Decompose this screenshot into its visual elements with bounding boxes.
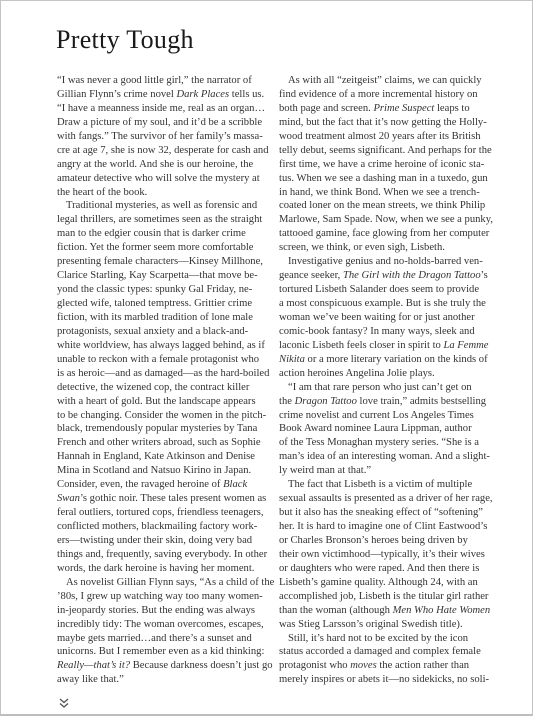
text-line: or Charles Bronson’s heroes being driven… <box>279 534 485 548</box>
body-text: man to the edgier cousin that is darker … <box>57 228 246 239</box>
text-line: away like that.” <box>57 673 262 687</box>
body-text: of the Tess Monaghan mystery series. “Sh… <box>279 437 479 448</box>
body-text: with fangs.” The survivor of her family’… <box>57 131 263 142</box>
text-line: status accorded a damaged and complex fe… <box>279 645 485 659</box>
body-text: As with all “zeitgeist” claims, we can q… <box>288 75 482 86</box>
text-line: “I have a meanness inside me, real as an… <box>57 102 262 116</box>
body-text: was Stieg Larsson’s original Swedish tit… <box>279 619 463 630</box>
body-text: ly weird man at that.” <box>279 465 371 476</box>
body-text: to be changing. Consider the women in th… <box>57 410 266 421</box>
text-line: glected wife, taloned temptress. Grittie… <box>57 297 262 311</box>
body-text: Marlowe, Sam Spade. Now, when we see a p… <box>279 214 493 225</box>
body-text: black, tremendously popular mysteries by… <box>57 423 257 434</box>
body-text: Still, it’s hard not to be excited by th… <box>288 633 468 644</box>
body-text: man’s idea of an interesting woman. And … <box>279 451 490 462</box>
text-line: telly debut, seems significant. And perh… <box>279 144 485 158</box>
text-line: tus. When we see a dashing man in a tuxe… <box>279 172 485 186</box>
body-text: unicorns. But I remember even as a kid t… <box>57 646 264 657</box>
italic-title-text: moves <box>350 660 376 671</box>
text-line: white worldview, has always lagged behin… <box>57 339 262 353</box>
body-text: the action rather than <box>377 660 469 671</box>
body-text: ’80s, I grew up watching way too many wo… <box>57 591 263 602</box>
text-line: Mina in Scotland and Natsuo Kirino in Ja… <box>57 464 262 478</box>
text-line: detective, the wizened cop, the contract… <box>57 381 262 395</box>
body-text: find evidence of a more incremental hist… <box>279 89 478 100</box>
text-line: Nikita or a more literary variation on t… <box>279 353 485 367</box>
body-text: Lisbeth’s gamine quality. Although 24, w… <box>279 577 478 588</box>
body-text: yond the classic types: spunky Gal Frida… <box>57 284 252 295</box>
text-line: legal thrillers, are sometimes seen as t… <box>57 213 262 227</box>
text-line: geance seeker, The Girl with the Dragon … <box>279 269 485 283</box>
body-text: “I was never a good little girl,” the na… <box>57 75 252 86</box>
text-line: find evidence of a more incremental hist… <box>279 88 485 102</box>
text-line: the heart of the book. <box>57 186 262 200</box>
body-text: Mina in Scotland and Natsuo Kirino in Ja… <box>57 465 251 476</box>
italic-title-text: Dragon Tattoo <box>295 396 357 407</box>
body-text: legal thrillers, are sometimes seen as t… <box>57 214 262 225</box>
body-text: both page and screen. <box>279 103 373 114</box>
text-line: Still, it’s hard not to be excited by th… <box>279 632 485 646</box>
text-line: presenting female characters—Kinsey Mill… <box>57 255 262 269</box>
italic-title-text: Prime Suspect <box>373 103 434 114</box>
text-line: their own victimhood—typically, it’s the… <box>279 548 485 562</box>
text-line: accomplished job, Lisbeth is the titular… <box>279 590 485 604</box>
text-line: “I was never a good little girl,” the na… <box>57 74 262 88</box>
body-text: than the woman (although <box>279 605 393 616</box>
text-line: woman we’ve been waiting for or just ano… <box>279 311 485 325</box>
text-line: Consider, even, the ravaged heroine of B… <box>57 478 262 492</box>
text-line: man to the edgier cousin that is darker … <box>57 227 262 241</box>
body-text: coated loner on the mean streets, we thi… <box>279 200 485 211</box>
italic-title-text: Swan <box>57 493 80 504</box>
text-line: amateur detective who will solve the mys… <box>57 172 262 186</box>
body-text: “I have a meanness inside me, real as an… <box>57 103 265 114</box>
text-line: As with all “zeitgeist” claims, we can q… <box>279 74 485 88</box>
body-text: but it also has the sneaking effect of “… <box>279 507 483 518</box>
body-text: love train,” admits bestselling <box>357 396 486 407</box>
body-text: tells us. <box>229 89 264 100</box>
article-column-left: “I was never a good little girl,” the na… <box>57 74 262 687</box>
text-line: Book Award nominee Laura Lippman, author <box>279 422 485 436</box>
text-line: crime novelist and current Los Angeles T… <box>279 409 485 423</box>
text-line: fiction. Yet the former seem more comfor… <box>57 241 262 255</box>
text-line: cre at age 7, she is now 32, desperate f… <box>57 144 262 158</box>
text-line: French and other writers abroad, such as… <box>57 436 262 450</box>
italic-title-text: Men Who Hate Women <box>393 605 491 616</box>
body-text: ers—twisting under their skin, doing ver… <box>57 535 252 546</box>
italic-title-text: Really—that’s it? <box>57 660 130 671</box>
text-line: laconic Lisbeth feels closer in spirit t… <box>279 339 485 353</box>
body-text: Traditional mysteries, as well as forens… <box>66 200 257 211</box>
body-text: fiction. Yet the former seem more comfor… <box>57 242 254 253</box>
body-text: Gillian Flynn’s crime novel <box>57 89 176 100</box>
text-line: words, the dark heroine is having her mo… <box>57 562 262 576</box>
text-line: yond the classic types: spunky Gal Frida… <box>57 283 262 297</box>
body-text: Book Award nominee Laura Lippman, author <box>279 423 472 434</box>
text-line: the Dragon Tattoo love train,” admits be… <box>279 395 485 409</box>
text-line: The fact that Lisbeth is a victim of mul… <box>279 478 485 492</box>
body-text: a most conspicuous example. But is she t… <box>279 298 486 309</box>
body-text: “I am that rare person who just can’t ge… <box>288 382 472 393</box>
text-line: Draw a picture of my soul, and it’d be a… <box>57 116 262 130</box>
text-line: fiction, with its marbled tradition of l… <box>57 311 262 325</box>
body-text: or Charles Bronson’s heroes being driven… <box>279 535 468 546</box>
italic-title-text: Black <box>223 479 247 490</box>
text-line: both page and screen. Prime Suspect leap… <box>279 102 485 116</box>
text-line: coated loner on the mean streets, we thi… <box>279 199 485 213</box>
body-text: cre at age 7, she is now 32, desperate f… <box>57 145 269 156</box>
body-text: tattooed gamine, face glowing from her c… <box>279 228 489 239</box>
text-line: her. It is hard to imagine one of Clint … <box>279 520 485 534</box>
italic-title-text: The Girl with the Dragon Tattoo <box>343 270 481 281</box>
text-line: sexual assaults is presented as a driver… <box>279 492 485 506</box>
text-line: Swan’s gothic noir. These tales present … <box>57 492 262 506</box>
body-text: the <box>279 396 295 407</box>
text-line: protagonists, sexual anxiety and a black… <box>57 325 262 339</box>
body-text: their own victimhood—typically, it’s the… <box>279 549 485 560</box>
text-line: maybe gets married…and there’s a sunset … <box>57 632 262 646</box>
text-line: Traditional mysteries, as well as forens… <box>57 199 262 213</box>
body-text: telly debut, seems significant. And perh… <box>279 145 492 156</box>
body-text: with a heart of gold. But the landscape … <box>57 396 256 407</box>
text-line: than the woman (although Men Who Hate Wo… <box>279 604 485 618</box>
body-text: tus. When we see a dashing man in a tuxe… <box>279 173 488 184</box>
body-text: merely inspires or abets it—no sidekicks… <box>279 674 489 685</box>
body-text: Clarice Starling, Kay Scarpetta—that mov… <box>57 270 258 281</box>
text-line: things and, frequently, saving everybody… <box>57 548 262 562</box>
text-line: protagonist who moves the action rather … <box>279 659 485 673</box>
body-text: in hand, we think Bond. When we see a tr… <box>279 187 480 198</box>
body-text: ’s gothic noir. These tales present wome… <box>80 493 266 504</box>
text-line: conflicted mothers, blackmailing factory… <box>57 520 262 534</box>
document-page: Pretty Tough “I was never a good little … <box>0 0 533 716</box>
text-line: Hannah in England, Kate Atkinson and Den… <box>57 450 262 464</box>
text-line: Lisbeth’s gamine quality. Although 24, w… <box>279 576 485 590</box>
body-text: Hannah in England, Kate Atkinson and Den… <box>57 451 255 462</box>
body-text: laconic Lisbeth feels closer in spirit t… <box>279 340 443 351</box>
body-text: Because darkness doesn’t just go <box>130 660 273 671</box>
text-line: screen, we think, or even sigh, Lisbeth. <box>279 241 485 255</box>
text-line: Marlowe, Sam Spade. Now, when we see a p… <box>279 213 485 227</box>
body-text: Draw a picture of my soul, and it’d be a… <box>57 117 262 128</box>
italic-title-text: La Femme <box>443 340 488 351</box>
text-line: or daughters who were raped. And then th… <box>279 562 485 576</box>
body-text: The fact that Lisbeth is a victim of mul… <box>288 479 472 490</box>
body-text: conflicted mothers, blackmailing factory… <box>57 521 257 532</box>
body-text: angry at the world. And she is our heroi… <box>57 159 253 170</box>
body-text: ’s <box>481 270 488 281</box>
body-text: maybe gets married…and there’s a sunset … <box>57 633 252 644</box>
body-text: white worldview, has always lagged behin… <box>57 340 265 351</box>
text-line: “I am that rare person who just can’t ge… <box>279 381 485 395</box>
body-text: screen, we think, or even sigh, Lisbeth. <box>279 242 445 253</box>
body-text: protagonists, sexual anxiety and a black… <box>57 326 248 337</box>
article-column-right: As with all “zeitgeist” claims, we can q… <box>279 74 485 687</box>
text-line: but it also has the sneaking effect of “… <box>279 506 485 520</box>
body-text: French and other writers abroad, such as… <box>57 437 261 448</box>
body-text: wood treatment almost 20 years after its… <box>279 131 481 142</box>
text-line: ly weird man at that.” <box>279 464 485 478</box>
text-line: tattooed gamine, face glowing from her c… <box>279 227 485 241</box>
double-chevron-down-icon[interactable] <box>58 694 70 706</box>
body-text: geance seeker, <box>279 270 343 281</box>
body-text: woman we’ve been waiting for or just ano… <box>279 312 475 323</box>
text-line: is as heroic—and as damaged—as the hard-… <box>57 367 262 381</box>
article-title: Pretty Tough <box>56 25 194 55</box>
body-text: incredibly tidy: The woman overcomes, es… <box>57 619 264 630</box>
body-text: Investigative genius and no-holds-barred… <box>288 256 483 267</box>
text-line: wood treatment almost 20 years after its… <box>279 130 485 144</box>
text-line: incredibly tidy: The woman overcomes, es… <box>57 618 262 632</box>
body-text: away like that.” <box>57 674 124 685</box>
body-text: first time, we have a crime heroine of i… <box>279 159 484 170</box>
text-line: action heroines Angelina Jolie plays. <box>279 367 485 381</box>
italic-title-text: Dark Places <box>176 89 229 100</box>
body-text: crime novelist and current Los Angeles T… <box>279 410 474 421</box>
text-line: mind, but the fact that it’s now getting… <box>279 116 485 130</box>
text-line: first time, we have a crime heroine of i… <box>279 158 485 172</box>
body-text: As novelist Gillian Flynn says, “As a ch… <box>66 577 274 588</box>
text-line: ers—twisting under their skin, doing ver… <box>57 534 262 548</box>
text-line: angry at the world. And she is our heroi… <box>57 158 262 172</box>
body-text: action heroines Angelina Jolie plays. <box>279 368 435 379</box>
body-text: the heart of the book. <box>57 187 147 198</box>
body-text: fiction, with its marbled tradition of l… <box>57 312 253 323</box>
text-line: Really—that’s it? Because darkness doesn… <box>57 659 262 673</box>
body-text: glected wife, taloned temptress. Grittie… <box>57 298 252 309</box>
text-line: ’80s, I grew up watching way too many wo… <box>57 590 262 604</box>
body-text: status accorded a damaged and complex fe… <box>279 646 481 657</box>
body-text: her. It is hard to imagine one of Clint … <box>279 521 487 532</box>
text-line: in-jeopardy stories. But the ending was … <box>57 604 262 618</box>
text-line: comic-book fantasy? In many ways, sleek … <box>279 325 485 339</box>
body-text: is as heroic—and as damaged—as the hard-… <box>57 368 269 379</box>
text-line: Gillian Flynn’s crime novel Dark Places … <box>57 88 262 102</box>
text-line: Investigative genius and no-holds-barred… <box>279 255 485 269</box>
body-text: words, the dark heroine is having her mo… <box>57 563 254 574</box>
italic-title-text: Nikita <box>279 354 305 365</box>
body-text: mind, but the fact that it’s now getting… <box>279 117 487 128</box>
text-line: Clarice Starling, Kay Scarpetta—that mov… <box>57 269 262 283</box>
text-line: to be changing. Consider the women in th… <box>57 409 262 423</box>
text-line: tortured Lisbeth Salander does seem to p… <box>279 283 485 297</box>
text-line: unable to reckon with a female protagoni… <box>57 353 262 367</box>
body-text: presenting female characters—Kinsey Mill… <box>57 256 263 267</box>
body-text: unable to reckon with a female protagoni… <box>57 354 259 365</box>
body-text: in-jeopardy stories. But the ending was … <box>57 605 255 616</box>
text-line: merely inspires or abets it—no sidekicks… <box>279 673 485 687</box>
text-line: in hand, we think Bond. When we see a tr… <box>279 186 485 200</box>
text-line: with a heart of gold. But the landscape … <box>57 395 262 409</box>
body-text: or daughters who were raped. And then th… <box>279 563 479 574</box>
body-text: sexual assaults is presented as a driver… <box>279 493 493 504</box>
text-line: was Stieg Larsson’s original Swedish tit… <box>279 618 485 632</box>
body-text: Consider, even, the ravaged heroine of <box>57 479 223 490</box>
text-line: feral outliers, tortured cops, friendles… <box>57 506 262 520</box>
body-text: amateur detective who will solve the mys… <box>57 173 260 184</box>
body-text: or a more literary variation on the kind… <box>305 354 488 365</box>
text-line: As novelist Gillian Flynn says, “As a ch… <box>57 576 262 590</box>
text-line: unicorns. But I remember even as a kid t… <box>57 645 262 659</box>
body-text: things and, frequently, saving everybody… <box>57 549 267 560</box>
text-line: with fangs.” The survivor of her family’… <box>57 130 262 144</box>
body-text: comic-book fantasy? In many ways, sleek … <box>279 326 475 337</box>
body-text: feral outliers, tortured cops, friendles… <box>57 507 264 518</box>
text-line: man’s idea of an interesting woman. And … <box>279 450 485 464</box>
body-text: protagonist who <box>279 660 350 671</box>
body-text: leaps to <box>434 103 469 114</box>
text-line: of the Tess Monaghan mystery series. “Sh… <box>279 436 485 450</box>
body-text: detective, the wizened cop, the contract… <box>57 382 249 393</box>
body-text: accomplished job, Lisbeth is the titular… <box>279 591 488 602</box>
body-text: tortured Lisbeth Salander does seem to p… <box>279 284 479 295</box>
text-line: a most conspicuous example. But is she t… <box>279 297 485 311</box>
text-line: black, tremendously popular mysteries by… <box>57 422 262 436</box>
